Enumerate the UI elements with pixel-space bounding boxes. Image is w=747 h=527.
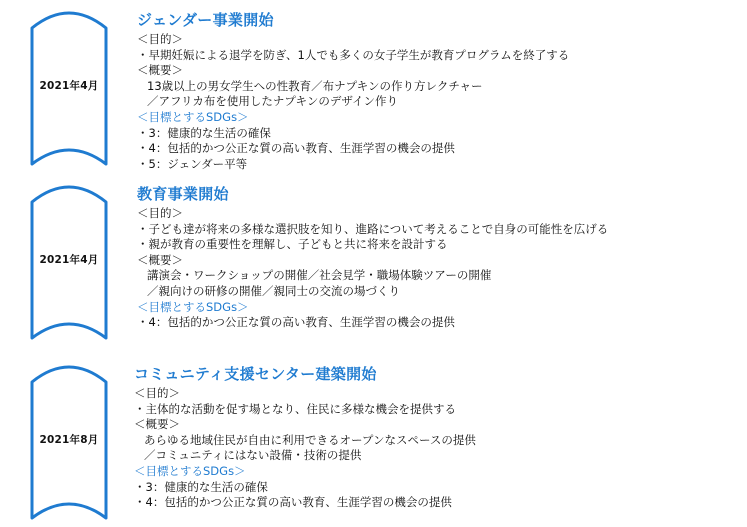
sdg-item: ・4：包括的かつ公正な質の高い教育、生涯学習の機会の提供 [134,495,734,511]
sdgs-label: ＜目標とするSDGs＞ [137,110,737,126]
timeline-entry-community-center: 2021年8月 コミュニティ支援センター建築開始 ＜目的＞ ・主体的な活動を促す… [0,360,747,527]
timeline-entry-education: 2021年4月 教育事業開始 ＜目的＞ ・子ども達が将来の多様な選択肢を知り、進… [0,180,747,355]
sdg-item: ・3：健康的な生活の確保 [134,480,734,496]
purpose-label: ＜目的＞ [137,32,737,48]
purpose-item: ・早期妊娠による退学を防ぎ、1人でも多くの女子学生が教育プログラムを終了する [137,48,737,64]
overview-item: あらゆる地域住民が自由に利用できるオープンなスペースの提供 [134,433,734,449]
date-badge: 2021年4月 [30,6,108,166]
overview-label: ＜概要＞ [137,253,737,269]
sdg-item: ・4：包括的かつ公正な質の高い教育、生涯学習の機会の提供 [137,141,737,157]
sdg-item: ・4：包括的かつ公正な質の高い教育、生涯学習の機会の提供 [137,315,737,331]
overview-item: ／コミュニティにはない設備・技術の提供 [134,448,734,464]
purpose-item: ・主体的な活動を促す場となり、住民に多様な機会を提供する [134,402,734,418]
overview-item: ／アフリカ布を使用したナプキンのデザイン作り [137,94,737,110]
date-label: 2021年8月 [30,432,108,447]
overview-label: ＜概要＞ [134,417,734,433]
overview-item: 講演会・ワークショップの開催／社会見学・職場体験ツアーの開催 [137,268,737,284]
purpose-item: ・親が教育の重要性を理解し、子どもと共に将来を設計する [137,237,737,253]
purpose-label: ＜目的＞ [137,206,737,222]
purpose-label: ＜目的＞ [134,386,734,402]
date-badge: 2021年8月 [30,360,108,520]
entry-title: 教育事業開始 [137,184,737,204]
timeline-entry-gender: 2021年4月 ジェンダー事業開始 ＜目的＞ ・早期妊娠による退学を防ぎ、1人で… [0,6,747,181]
sdg-item: ・3：健康的な生活の確保 [137,126,737,142]
purpose-item: ・子ども達が将来の多様な選択肢を知り、進路について考えることで自身の可能性を広げ… [137,222,737,238]
entry-title: コミュニティ支援センター建築開始 [134,364,734,384]
overview-item: ／親向けの研修の開催／親同士の交流の場づくり [137,284,737,300]
entry-content: コミュニティ支援センター建築開始 ＜目的＞ ・主体的な活動を促す場となり、住民に… [134,364,734,511]
entry-content: ジェンダー事業開始 ＜目的＞ ・早期妊娠による退学を防ぎ、1人でも多くの女子学生… [137,10,737,172]
date-label: 2021年4月 [30,78,108,93]
entry-title: ジェンダー事業開始 [137,10,737,30]
overview-label: ＜概要＞ [137,63,737,79]
sdgs-label: ＜目標とするSDGs＞ [137,300,737,316]
entry-content: 教育事業開始 ＜目的＞ ・子ども達が将来の多様な選択肢を知り、進路について考える… [137,184,737,331]
overview-item: 13歳以上の男女学生への性教育／布ナプキンの作り方レクチャー [137,79,737,95]
date-badge: 2021年4月 [30,180,108,340]
date-label: 2021年4月 [30,252,108,267]
sdgs-label: ＜目標とするSDGs＞ [134,464,734,480]
sdg-item: ・5：ジェンダー平等 [137,157,737,173]
